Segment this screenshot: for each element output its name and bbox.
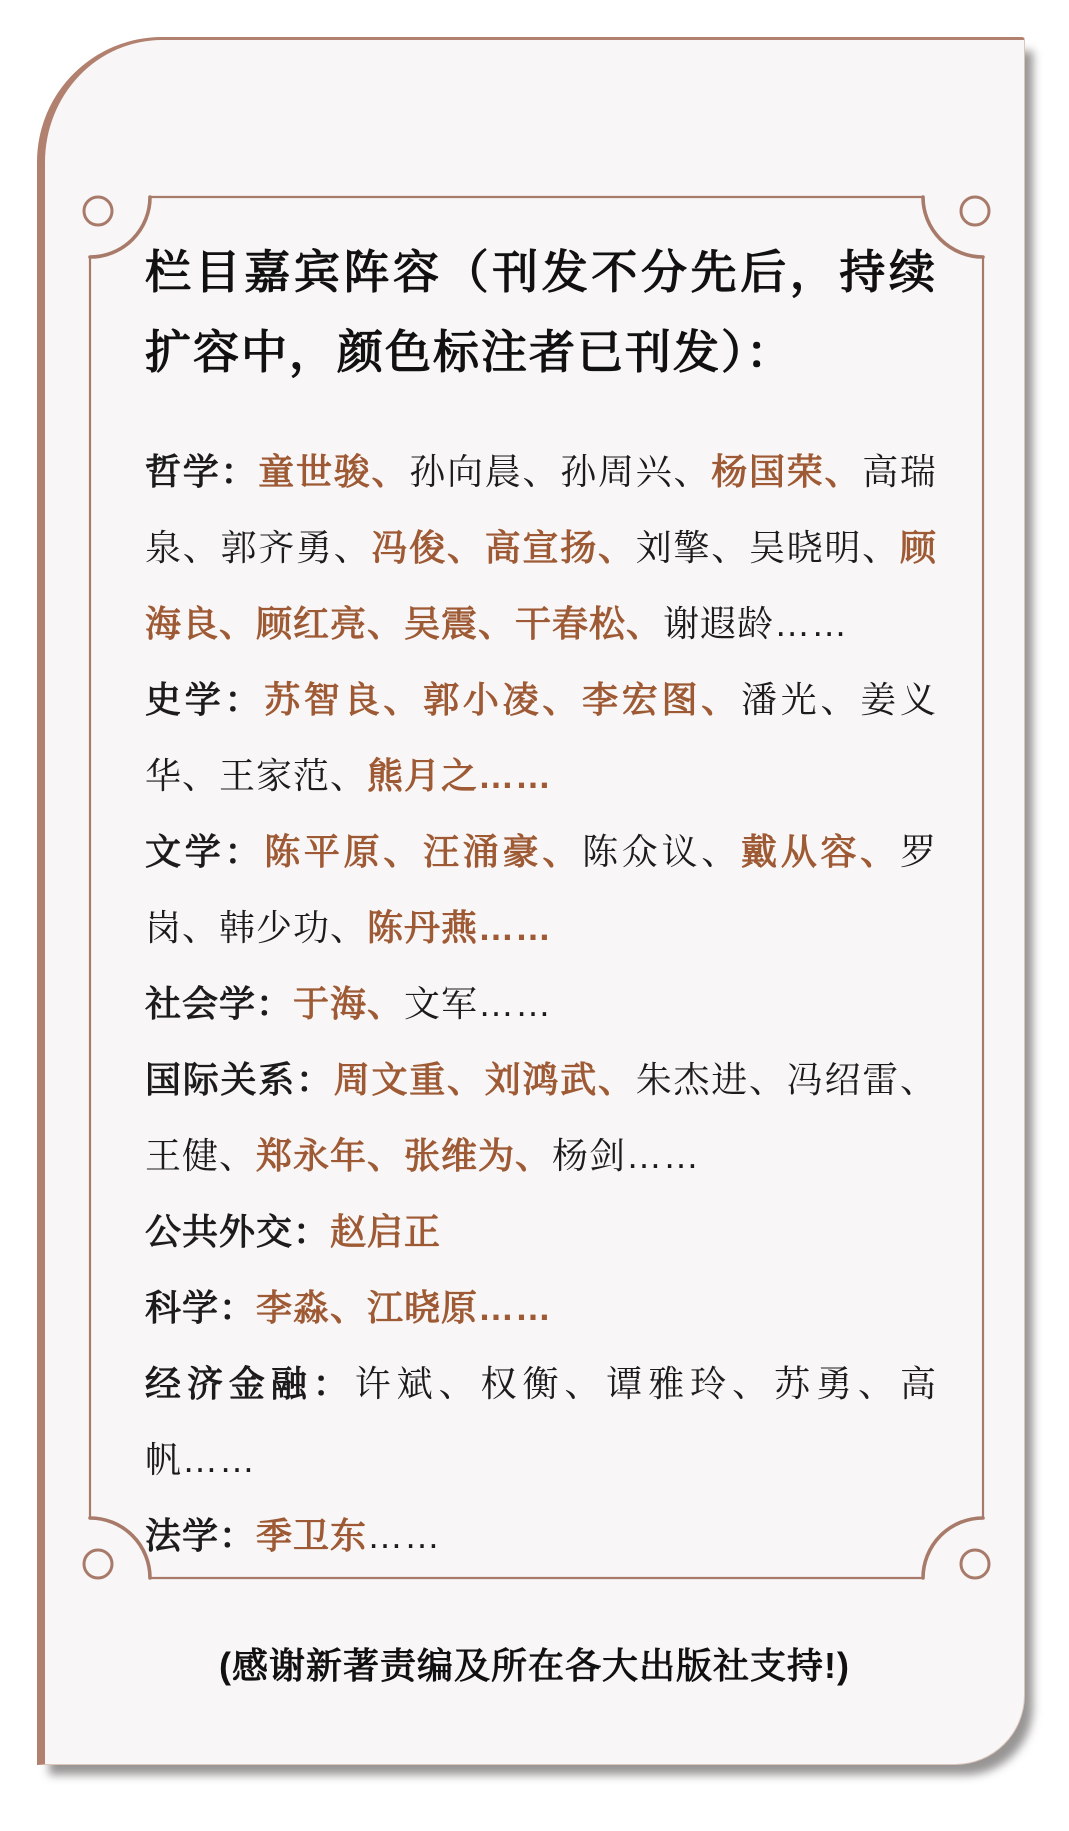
section-label: 社会学： (145, 983, 293, 1024)
guest-section: 法学：季卫东…… (145, 1498, 937, 1574)
guest-name: 李宏图、 (582, 679, 741, 720)
guest-name: 孙周兴、 (560, 451, 711, 492)
corner-arc-top-left (90, 197, 150, 257)
guest-section: 社会学：于海、文军…… (145, 966, 937, 1042)
guest-name: 熊月之…… (367, 755, 552, 796)
guest-name: 杨国荣、 (711, 451, 862, 492)
guest-name: 干春松、 (515, 603, 663, 644)
corner-ring-bottom-left (84, 1550, 112, 1578)
guest-name: 季卫东 (256, 1515, 367, 1556)
guest-name: 郭小凌、 (423, 679, 582, 720)
guest-name: 王家范、 (219, 755, 367, 796)
guest-name: 许斌、 (355, 1363, 481, 1404)
guest-name: 高宣扬、 (485, 527, 636, 568)
guest-name: 吴震、 (404, 603, 515, 644)
guest-name: 潘光、 (741, 679, 860, 720)
poster-card: 栏目嘉宾阵容（刊发不分先后，持续扩容中，颜色标注者已刊发）： 哲学：童世骏、孙向… (37, 37, 1025, 1765)
guest-name: 冯俊、 (371, 527, 484, 568)
section-label: 经济金融： (145, 1363, 355, 1404)
guest-name: 韩少功、 (219, 907, 367, 948)
guest-name: 汪涌豪、 (423, 831, 582, 872)
guest-name: 杨剑…… (552, 1135, 700, 1176)
guest-name: 权衡、 (481, 1363, 607, 1404)
corner-arc-bottom-left (90, 1518, 150, 1578)
page-title: 栏目嘉宾阵容（刊发不分先后，持续扩容中，颜色标注者已刊发）： (145, 232, 937, 392)
guest-name: 吴晓明、 (749, 527, 900, 568)
guest-name: 文军…… (404, 983, 552, 1024)
guest-section: 史学：苏智良、郭小凌、李宏图、潘光、姜义华、王家范、熊月之…… (145, 662, 937, 814)
section-label: 史学： (145, 679, 264, 720)
guest-name: 刘擎、 (636, 527, 749, 568)
guest-name: 孙向晨、 (409, 451, 560, 492)
guest-name: 于海、 (293, 983, 404, 1024)
corner-ring-top-left (84, 197, 112, 225)
guest-name: 童世骏、 (258, 451, 409, 492)
guest-name: 陈众议、 (582, 831, 741, 872)
guest-section: 国际关系：周文重、刘鸿武、朱杰进、冯绍雷、王健、郑永年、张维为、杨剑…… (145, 1042, 937, 1194)
guest-name: 李淼、 (256, 1287, 367, 1328)
guest-name: 周文重、 (334, 1059, 485, 1100)
section-label: 法学： (145, 1515, 256, 1556)
content: 栏目嘉宾阵容（刊发不分先后，持续扩容中，颜色标注者已刊发）： 哲学：童世骏、孙向… (145, 232, 937, 1574)
guest-section: 哲学：童世骏、孙向晨、孙周兴、杨国荣、高瑞泉、郭齐勇、冯俊、高宣扬、刘擎、吴晓明… (145, 434, 937, 662)
guest-section: 经济金融：许斌、权衡、谭雅玲、苏勇、高帆…… (145, 1346, 937, 1498)
guest-section: 公共外交：赵启正 (145, 1194, 937, 1270)
section-label: 公共外交： (145, 1211, 330, 1252)
guest-name: 郭齐勇、 (221, 527, 372, 568)
guest-name: 戴从容、 (741, 831, 900, 872)
guest-name: 冯绍雷、 (787, 1059, 937, 1100)
guest-name: 江晓原…… (367, 1287, 552, 1328)
guest-name: 郑永年、 (256, 1135, 404, 1176)
section-label: 国际关系： (145, 1059, 334, 1100)
section-label: 科学： (145, 1287, 256, 1328)
guest-name: 陈平原、 (264, 831, 423, 872)
guest-name: 王健、 (145, 1135, 256, 1176)
guest-name: 朱杰进、 (636, 1059, 787, 1100)
guest-sections: 哲学：童世骏、孙向晨、孙周兴、杨国荣、高瑞泉、郭齐勇、冯俊、高宣扬、刘擎、吴晓明… (145, 434, 937, 1574)
guest-name: 张维为、 (404, 1135, 552, 1176)
corner-ring-top-right (961, 197, 989, 225)
corner-ring-bottom-right (961, 1550, 989, 1578)
guest-name: 赵启正 (330, 1211, 441, 1252)
guest-name: 谭雅玲、 (606, 1363, 774, 1404)
guest-name: 刘鸿武、 (485, 1059, 636, 1100)
guest-name: …… (367, 1515, 441, 1556)
section-label: 哲学： (145, 451, 258, 492)
guest-name: 苏勇、 (774, 1363, 900, 1404)
guest-section: 文学：陈平原、汪涌豪、陈众议、戴从容、罗岗、韩少功、陈丹燕…… (145, 814, 937, 966)
section-label: 文学： (145, 831, 264, 872)
guest-name: 谢遐龄…… (663, 603, 848, 644)
guest-name: 苏智良、 (264, 679, 423, 720)
guest-name: 顾红亮、 (256, 603, 404, 644)
guest-name: 陈丹燕…… (367, 907, 552, 948)
footer-note: (感谢新著责编及所在各大出版社支持!) (45, 1638, 1024, 1689)
guest-section: 科学：李淼、江晓原…… (145, 1270, 937, 1346)
